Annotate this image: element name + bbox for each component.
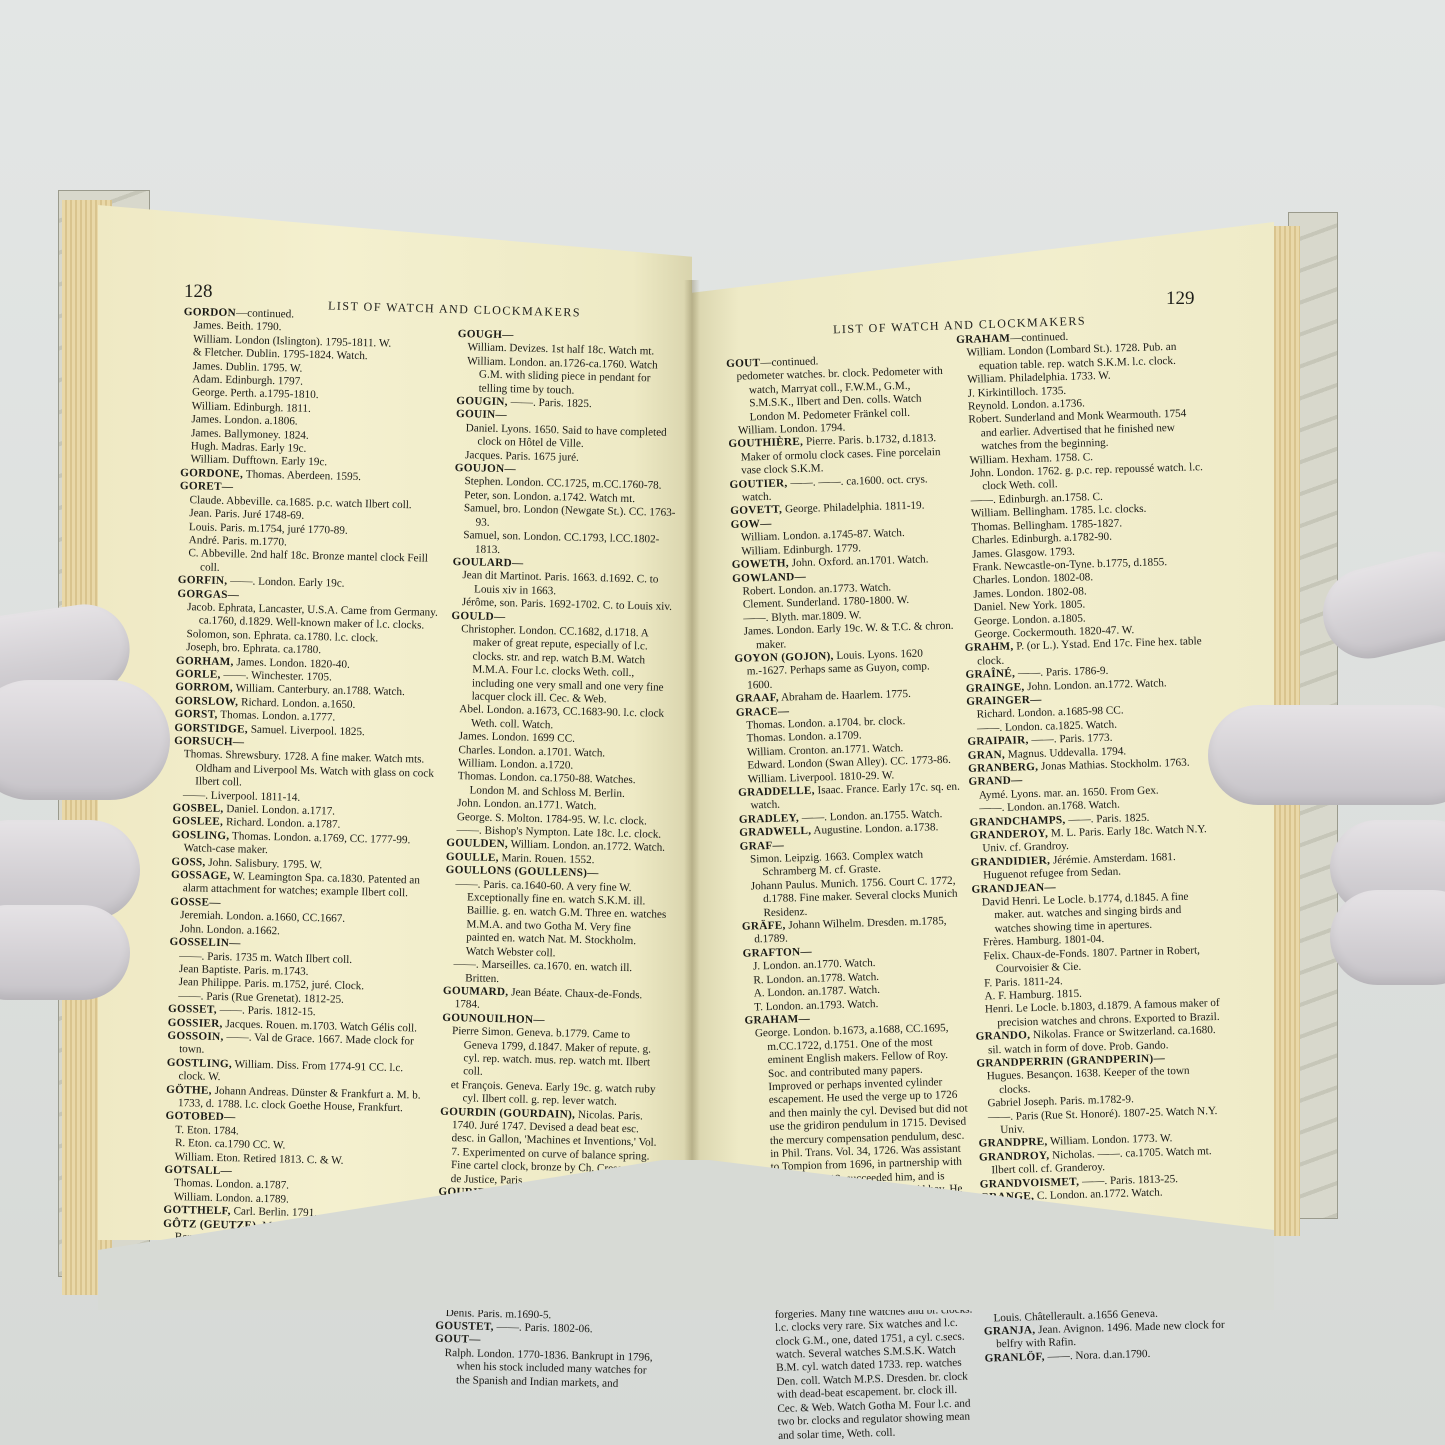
entry-text: ——. Paris. 1773. — [1028, 732, 1112, 746]
entry-headword: GOSSELIN— — [169, 936, 240, 950]
entry-headword: GRANDPRE, — [978, 1136, 1047, 1150]
entry-headword: GRAN, — [968, 748, 1006, 761]
entry-headword: GOSBEL, — [172, 802, 223, 815]
entry-headword: GRANDVOISMET, — [980, 1175, 1080, 1190]
entry-headword: GOTTHELF, — [163, 1204, 231, 1218]
entry-headword: GOUTIER, — [729, 477, 787, 491]
entry-subline: pedometer watches. br. clock. Pedometer … — [726, 365, 949, 425]
left-glove-finger — [0, 905, 130, 1000]
entry-headword: GOUT— — [435, 1333, 481, 1346]
entry-text: John. Oxford. an.1701. Watch. — [789, 554, 929, 570]
entry-headword: GOUGH— — [458, 328, 514, 341]
entry-headword: GRAFTON— — [742, 946, 812, 960]
entry-text: George. Philadelphia. 1811-19. — [782, 500, 925, 516]
entry-headword: GORGAS— — [177, 587, 239, 600]
entry-headword: GRANDCHAMPS, — [969, 814, 1065, 829]
entry-text: —continued. — [760, 355, 818, 369]
entry-headword: GOULLE, — [446, 851, 499, 864]
entry-headword: GRANBERG, — [968, 761, 1038, 775]
entry-headword: GOYON (GOJON), — [734, 650, 834, 665]
entry-text: ——. London. Early 19c. — [227, 575, 344, 590]
entry-headword: GOULDEN, — [446, 837, 508, 850]
page-number-right: 129 — [1166, 288, 1195, 310]
entry-headword: GOUSTET, — [435, 1320, 494, 1333]
entry-headword: GOUNOUILHON— — [442, 1012, 545, 1026]
entry-headword: GORSLOW, — [175, 695, 238, 708]
entry-text: C. London. an.1772. Watch. — [1034, 1187, 1163, 1203]
entry-text: Thomas. London. a.1777. — [218, 709, 336, 724]
entry-headword: GOSLING, — [172, 829, 230, 842]
entry-headword: GRANDO, — [975, 1029, 1030, 1043]
entry-text: Thomas. Aberdeen. 1595. — [243, 468, 361, 483]
entry-text: ——. Paris. 1802-06. — [494, 1321, 593, 1335]
entry-subline: Thomas. Shrewsbury. 1728. A fine maker. … — [173, 748, 436, 794]
entry-text: Richard. London. a.1650. — [238, 696, 355, 711]
entry-headword: GOVETT, — [730, 504, 782, 517]
entry-headword: GRANJA, — [984, 1324, 1036, 1337]
entry-headword: GRADDELLE, — [738, 785, 815, 799]
entry-headword: GORSTIDGE, — [174, 721, 248, 735]
entry-headword: GOSSIER, — [168, 1016, 223, 1029]
entry-headword: GOSSET, — [168, 1003, 217, 1016]
entry-headword: GRANDROY, — [979, 1149, 1050, 1163]
entry-text: ——. Paris. 1825. — [508, 396, 592, 410]
entry-headword: GRAHM, — [965, 641, 1014, 654]
entry-headword: GRAINGE, — [966, 681, 1025, 695]
entry-text: —continued. — [1010, 331, 1068, 345]
entry-headword: GRAHAM— — [744, 1013, 810, 1027]
entry-text: ——. Paris. 1786-9. — [1015, 665, 1109, 680]
entry-headword: GORST, — [175, 708, 218, 721]
entry-headword: GOUGIN, — [456, 395, 508, 408]
entry-headword: GOTOBED— — [165, 1110, 235, 1124]
entry-headword: GOSS, — [171, 856, 205, 869]
entry-text: John. Salisbury. 1795. W. — [205, 856, 322, 871]
entry-subline: Pierre Simon. Geneva. b.1779. Came to Ge… — [441, 1025, 664, 1084]
entry-headword: GRACE— — [736, 705, 790, 718]
entry-headword: GOURDIN (GOURDAIN), — [440, 1105, 575, 1120]
entry-headword: GOWLAND— — [732, 570, 806, 584]
entry-headword: GORHAM, — [176, 654, 234, 667]
entry-text: Marin. Rouen. 1552. — [499, 852, 595, 866]
entry-text: James. London. 1820-40. — [234, 656, 350, 671]
entry-headword: GOUMARD, — [443, 985, 509, 998]
entry-subline: Ralph. London. 1770-1836. Bankrupt in 17… — [434, 1347, 657, 1392]
entry-headword: GRAF— — [739, 839, 784, 852]
entry-headword: GOULARD— — [453, 556, 524, 570]
entry-headword: GOUIN— — [456, 408, 507, 421]
entry-subline: Johann Paulus. Munich. 1756. Court C. 17… — [741, 874, 964, 920]
entry-headword: GORLE, — [176, 668, 221, 681]
entry-headword: GRAND— — [968, 775, 1022, 789]
left-page-column-1: GORDON—continued.James. Beith. 1790.Will… — [161, 306, 445, 1304]
entry-headword: GOW— — [730, 518, 771, 531]
entry-headword: GRADLEY, — [739, 812, 799, 826]
page-number-left: 128 — [184, 281, 213, 303]
entry-subline: Christopher. London. CC.1682, d.1718. A … — [449, 623, 673, 708]
entry-headword: GRAIPAIR, — [967, 734, 1029, 748]
entry-text: Johann Andreas. Dünster & Frankfurt a. M… — [178, 1084, 421, 1114]
entry-headword: GRADWELL, — [739, 825, 811, 839]
entry-headword: GRANLÖF, — [984, 1351, 1044, 1365]
entry-headword: GRAHAM — [956, 332, 1010, 346]
entry-headword: GOUTHIÈRE, — [728, 436, 803, 450]
entry-headword: GRAÎNÉ, — [965, 668, 1015, 681]
entry-text: Augustine. London. a.1738. — [811, 821, 938, 837]
left-glove-thumb — [0, 680, 170, 800]
entry-headword: GOTSALL— — [164, 1164, 232, 1178]
entry-text: Abraham de. Haarlem. 1775. — [779, 688, 911, 704]
entry-headword: GOSSAGE, — [171, 869, 231, 882]
entry-headword: GOWETH, — [732, 557, 789, 571]
entry-headword: GOSSE— — [170, 896, 221, 909]
entry-headword: GRAAF, — [735, 692, 779, 705]
entry-subline: David Henri. Le Locle. b.1774, d.1845. A… — [972, 890, 1218, 937]
entry-headword: GOUJON— — [455, 462, 516, 475]
entry-headword: GORSUCH— — [174, 735, 244, 749]
entry-text: ——. Winchester. 1705. — [221, 669, 332, 684]
entry-text: John. London. an.1772. Watch. — [1024, 677, 1166, 693]
entry-headword: GRAINGER— — [966, 694, 1042, 708]
entry-headword: GOULLONS (GOULLENS)— — [446, 864, 599, 879]
entry-text: —continued. — [236, 307, 294, 320]
entry-headword: GÖTHE, — [166, 1083, 212, 1096]
entry-headword: GOULD— — [451, 609, 505, 622]
entry-headword: GRANDIDIER, — [971, 854, 1051, 868]
entry-text: ——. Paris. 1825. — [1065, 811, 1149, 825]
entry-headword: GOUT — [726, 357, 760, 370]
entry-text: ——. Nora. d.an.1790. — [1045, 1348, 1151, 1363]
entry-headword: GORFIN, — [178, 574, 228, 587]
entry-headword: GORROM, — [175, 681, 233, 694]
entry-text: Richard. London. a.1787. — [223, 816, 340, 831]
entry-text: ——. Paris. 1813-25. — [1079, 1173, 1178, 1188]
entry-headword: GORDON — [184, 306, 236, 319]
entry-headword: GOSSOIN, — [167, 1030, 223, 1043]
entry-headword: GOSTLING, — [167, 1057, 232, 1070]
entry-text: ——. Paris. 1812-15. — [217, 1004, 316, 1018]
entry-headword: GORET— — [180, 480, 234, 493]
entry-text: Daniel. London. a.1717. — [223, 803, 335, 818]
entry-text: Samuel. Liverpool. 1825. — [248, 723, 365, 738]
entry-subline: William. London. an.1726-ca.1760. Watch … — [456, 355, 679, 400]
entry-headword-line: GOYON (GOJON), Louis. Lyons. 1620 m.-162… — [734, 647, 957, 693]
right-glove-finger — [1330, 890, 1445, 985]
book-gutter — [684, 280, 700, 1160]
entry-headword-line: GOUTHIÈRE, Pierre. Paris. b.1732, d.1813… — [728, 432, 951, 478]
entry-headword: GOSLEE, — [172, 815, 223, 828]
right-glove-thumb — [1208, 705, 1445, 805]
entry-subline: ——. Paris. ca.1640-60. A very fine W. Ex… — [444, 878, 668, 963]
entry-headword: GRANDEROY, — [970, 828, 1048, 842]
entry-headword: GRÄFE, — [742, 920, 786, 933]
entry-headword: GORDONE, — [180, 467, 243, 480]
entry-headword: GRANDJEAN— — [971, 881, 1056, 895]
entry-subline: Robert. Sunderland and Monk Wearmouth. 1… — [958, 408, 1204, 455]
